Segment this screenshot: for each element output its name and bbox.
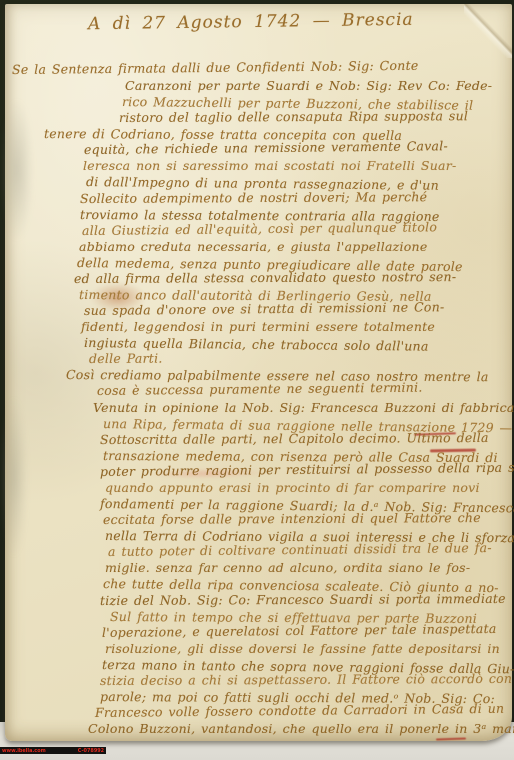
manuscript-line: Sottoscritta dalle parti, nel Capitolo d…	[100, 432, 489, 447]
manuscript-line: fidenti, leggendosi in puri termini esse…	[81, 321, 435, 334]
manuscript-line: Se la Sentenza firmata dalli due Confide…	[12, 60, 419, 77]
manuscript-line: a tutto poter di coltivare continuati di…	[108, 542, 492, 559]
date-place-heading: A dì 27 Agosto 1742 — Brescia	[88, 10, 414, 35]
manuscript-line: alla Giustizia ed all'equità, così per q…	[82, 221, 437, 237]
manuscript-line: eccitata forse dalle prave intenzioni di…	[103, 512, 481, 526]
manuscript-line: sua spada d'onore ove si tratta di remis…	[84, 301, 445, 317]
manuscript-line: risoluzione, gli disse doversi le fassin…	[105, 643, 500, 656]
watermark-site-text: www.ibella.com	[2, 748, 46, 753]
manuscript-line: ristoro del taglio delle consaputa Ripa …	[119, 110, 468, 124]
manuscript-lines-layer: A dì 27 Agosto 1742 — Brescia Se la Sent…	[0, 0, 514, 760]
manuscript-line: Caranzoni per parte Suardi e Nob: Sig: R…	[125, 80, 492, 93]
manuscript-line: leresca non si saressimo mai scostati no…	[83, 160, 456, 173]
manuscript-line: ed alla firma della stessa convalidato q…	[74, 271, 456, 286]
manuscript-line: abbiamo creduta necessaria, e giusta l'a…	[79, 241, 427, 254]
manuscript-line: Francesco volle fossero condotte da Carr…	[95, 703, 504, 720]
manuscript-scan: A dì 27 Agosto 1742 — Brescia Se la Sent…	[0, 0, 514, 760]
manuscript-line: equità, che richiede una remissione vera…	[84, 140, 448, 156]
manuscript-line: l'operazione, e querelatosi col Fattore …	[102, 623, 497, 640]
manuscript-line: Colono Buzzoni, vantandosi, che quello e…	[88, 723, 514, 736]
manuscript-line: quando appunto erasi in procinto di far …	[105, 482, 480, 495]
watermark-bar: www.ibella.com C-078992	[0, 747, 106, 754]
manuscript-line: delle Parti.	[89, 353, 163, 366]
manuscript-line: miglie. senza far cenno ad alcuno, ordit…	[105, 562, 470, 575]
manuscript-line: Venuta in opinione la Nob. Sig: Francesc…	[93, 402, 514, 415]
manuscript-line: cosa è successa puramente ne seguenti te…	[97, 382, 423, 398]
manuscript-line: poter produrre ragioni per restituirsi a…	[100, 461, 514, 478]
manuscript-line: tizie del Nob. Sig: Co: Francesco Suardi…	[100, 593, 506, 608]
watermark-code-text: C-078992	[78, 748, 104, 753]
manuscript-line: stizia deciso a chi si aspettassero. Il …	[100, 673, 512, 688]
manuscript-line: Sollecito adempimento de nostri doveri; …	[80, 191, 427, 205]
